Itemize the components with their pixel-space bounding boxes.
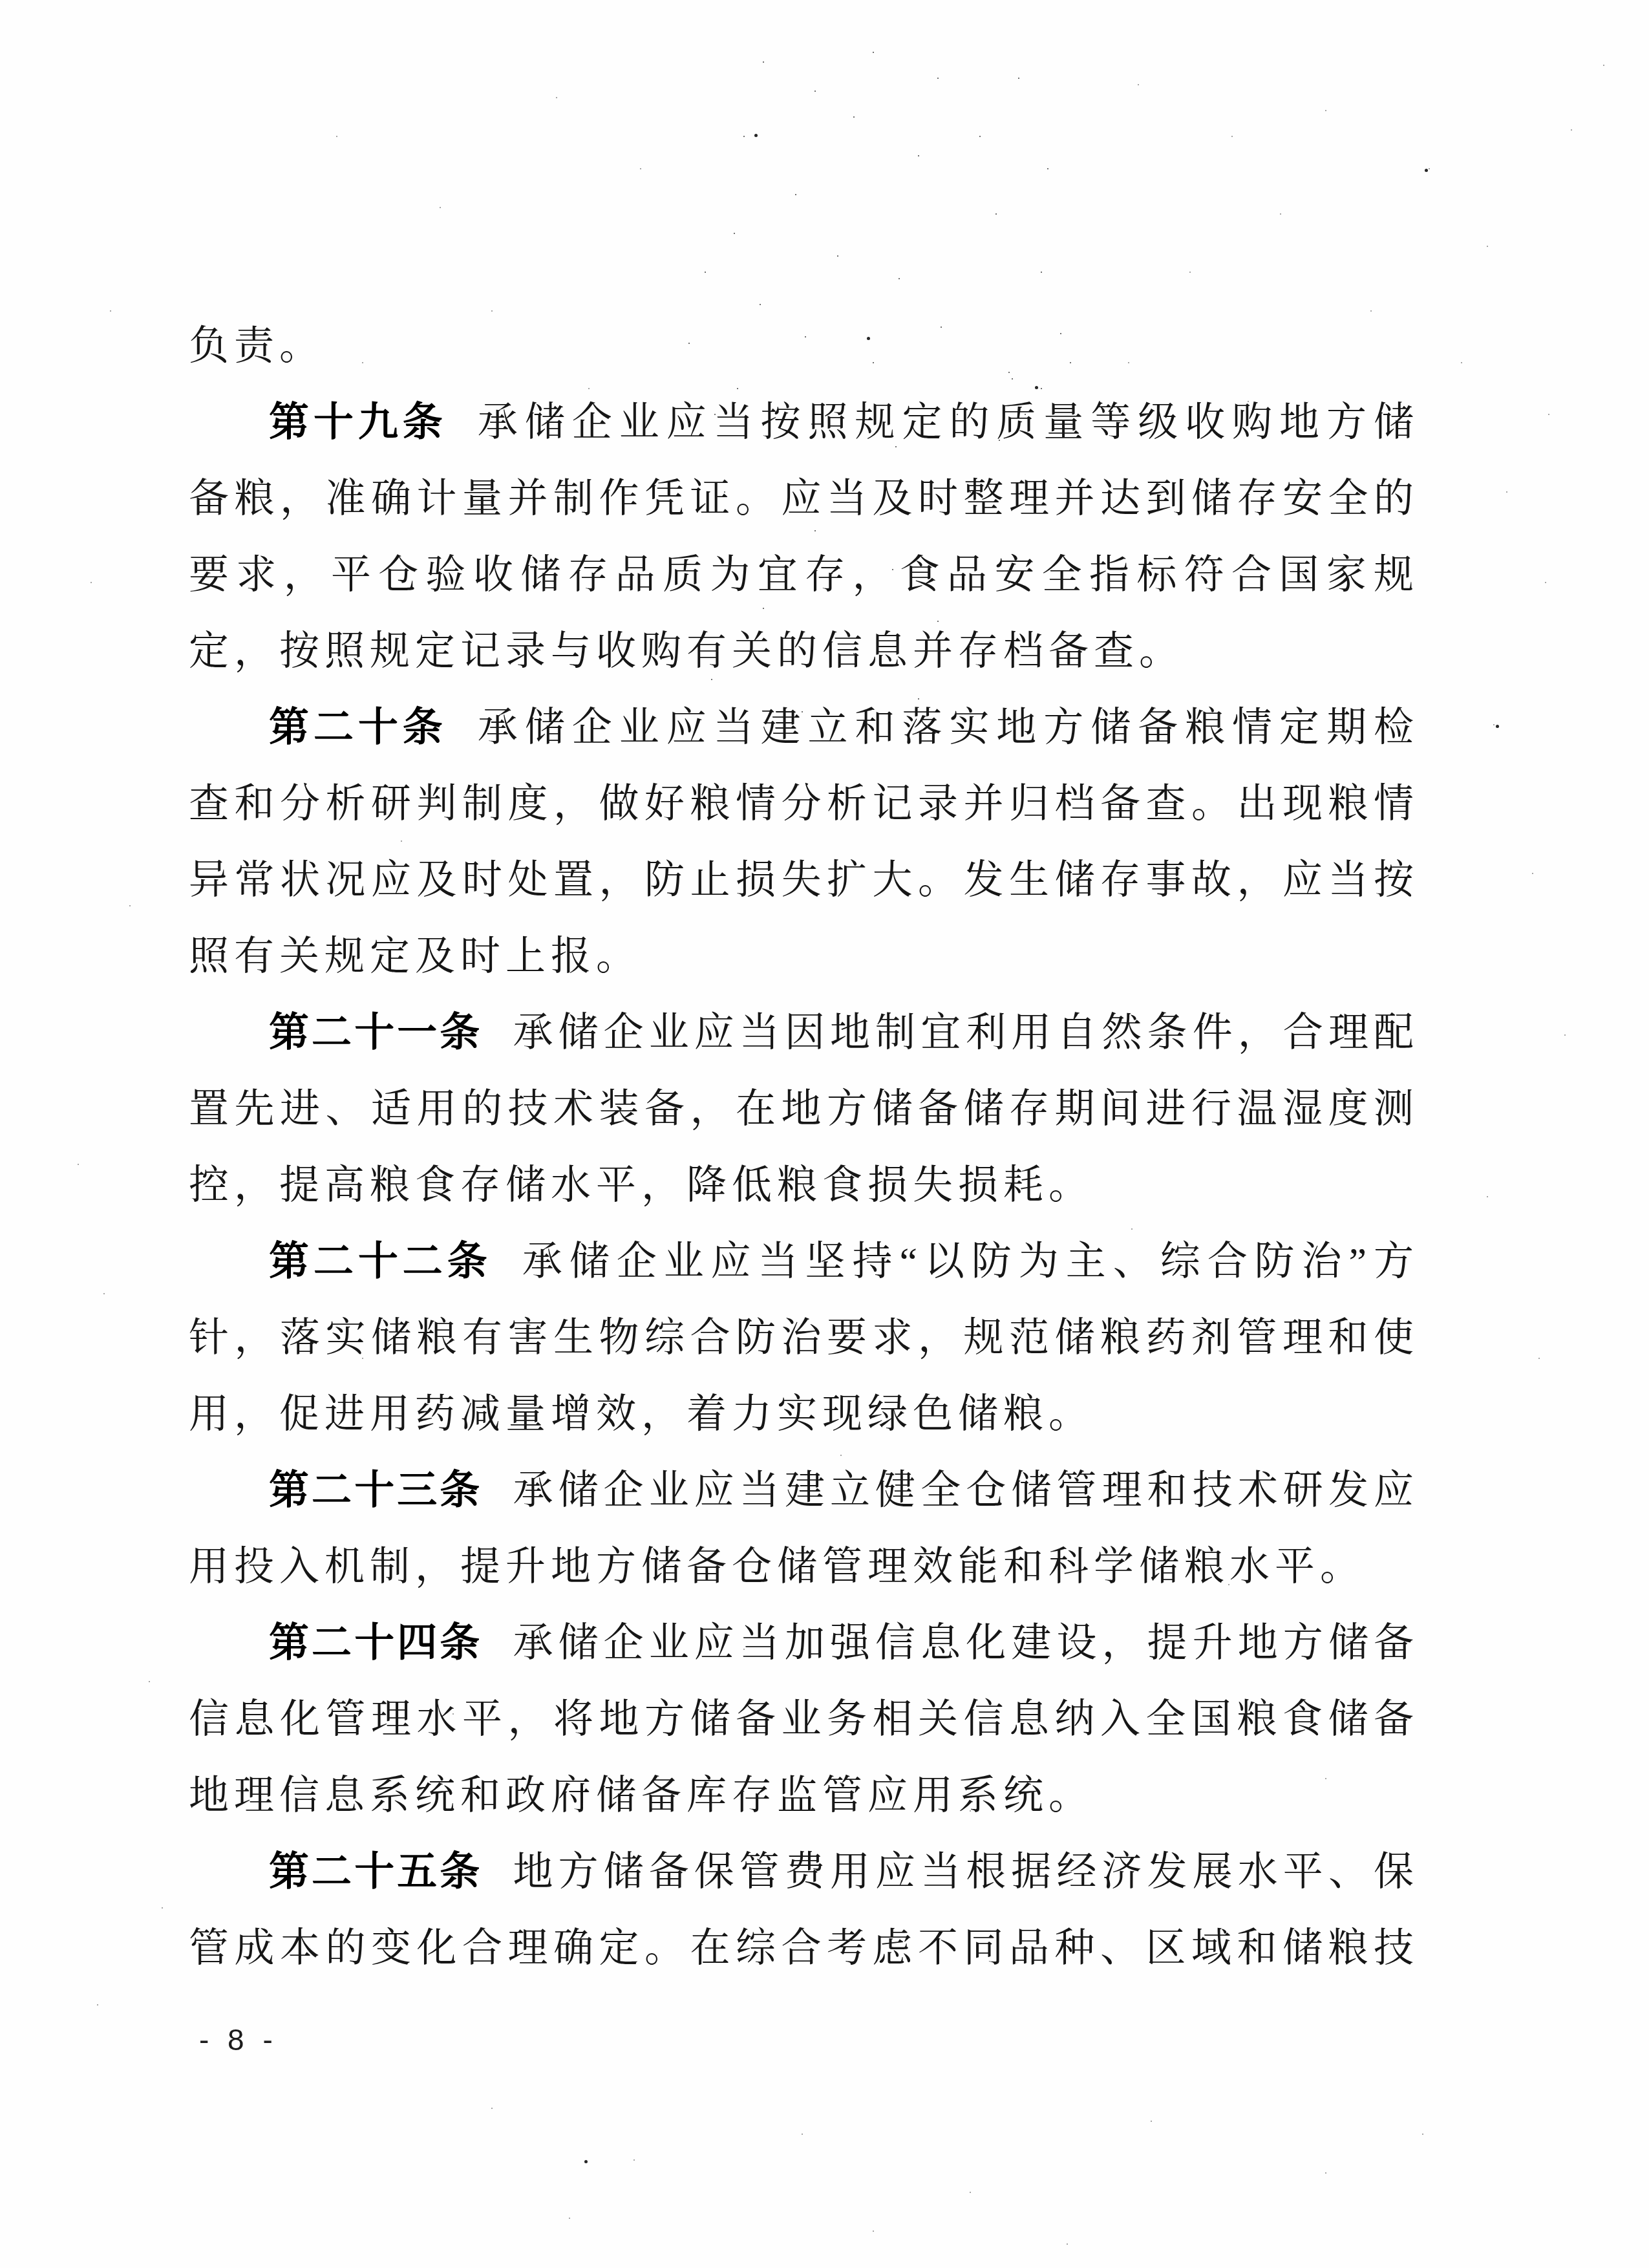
article-number: 第十九条 — [269, 400, 447, 445]
article-number: 第二十三条 — [269, 1468, 482, 1513]
scanned-page: { "page": { "number_label": "- 8 -" }, "… — [0, 0, 1649, 2268]
paragraph-7: 第二十五条地方储备保管费用应当根据经济发展水平、保管成本的变化合理确定。在综合考… — [189, 1834, 1419, 1987]
scan-noise-scatter — [0, 0, 1, 1]
article-number: 第二十五条 — [269, 1850, 482, 1894]
article-number: 第二十条 — [269, 705, 447, 750]
page-number: - 8 - — [199, 2022, 278, 2057]
article-number: 第二十一条 — [269, 1011, 482, 1055]
paragraph-6: 第二十四条承储企业应当加强信息化建设，提升地方储备信息化管理水平，将地方储备业务… — [189, 1605, 1419, 1834]
scan-noise-cluster — [0, 0, 1, 1]
paragraph-0: 负责。 — [189, 308, 1419, 385]
scan-noise-blobs — [0, 0, 2, 2]
document-body: 负责。第十九条承储企业应当按照规定的质量等级收购地方储备粮，准确计量并制作凭证。… — [189, 308, 1419, 1987]
article-number: 第二十二条 — [269, 1239, 492, 1284]
document-page: 负责。第十九条承储企业应当按照规定的质量等级收购地方储备粮，准确计量并制作凭证。… — [0, 0, 1649, 2268]
paragraph-4: 第二十二条承储企业应当坚持“以防为主、综合防治”方针，落实储粮有害生物综合防治要… — [189, 1224, 1419, 1453]
paragraph-5: 第二十三条承储企业应当建立健全仓储管理和技术研发应用投入机制，提升地方储备仓储管… — [189, 1453, 1419, 1605]
article-number: 第二十四条 — [269, 1621, 482, 1665]
paragraph-2: 第二十条承储企业应当建立和落实地方储备粮情定期检查和分析研判制度，做好粮情分析记… — [189, 690, 1419, 995]
paragraph-3: 第二十一条承储企业应当因地制宜利用自然条件，合理配置先进、适用的技术装备，在地方… — [189, 995, 1419, 1224]
paragraph-1: 第十九条承储企业应当按照规定的质量等级收购地方储备粮，准确计量并制作凭证。应当及… — [189, 385, 1419, 690]
paragraph-text: 负责。 — [189, 325, 324, 369]
